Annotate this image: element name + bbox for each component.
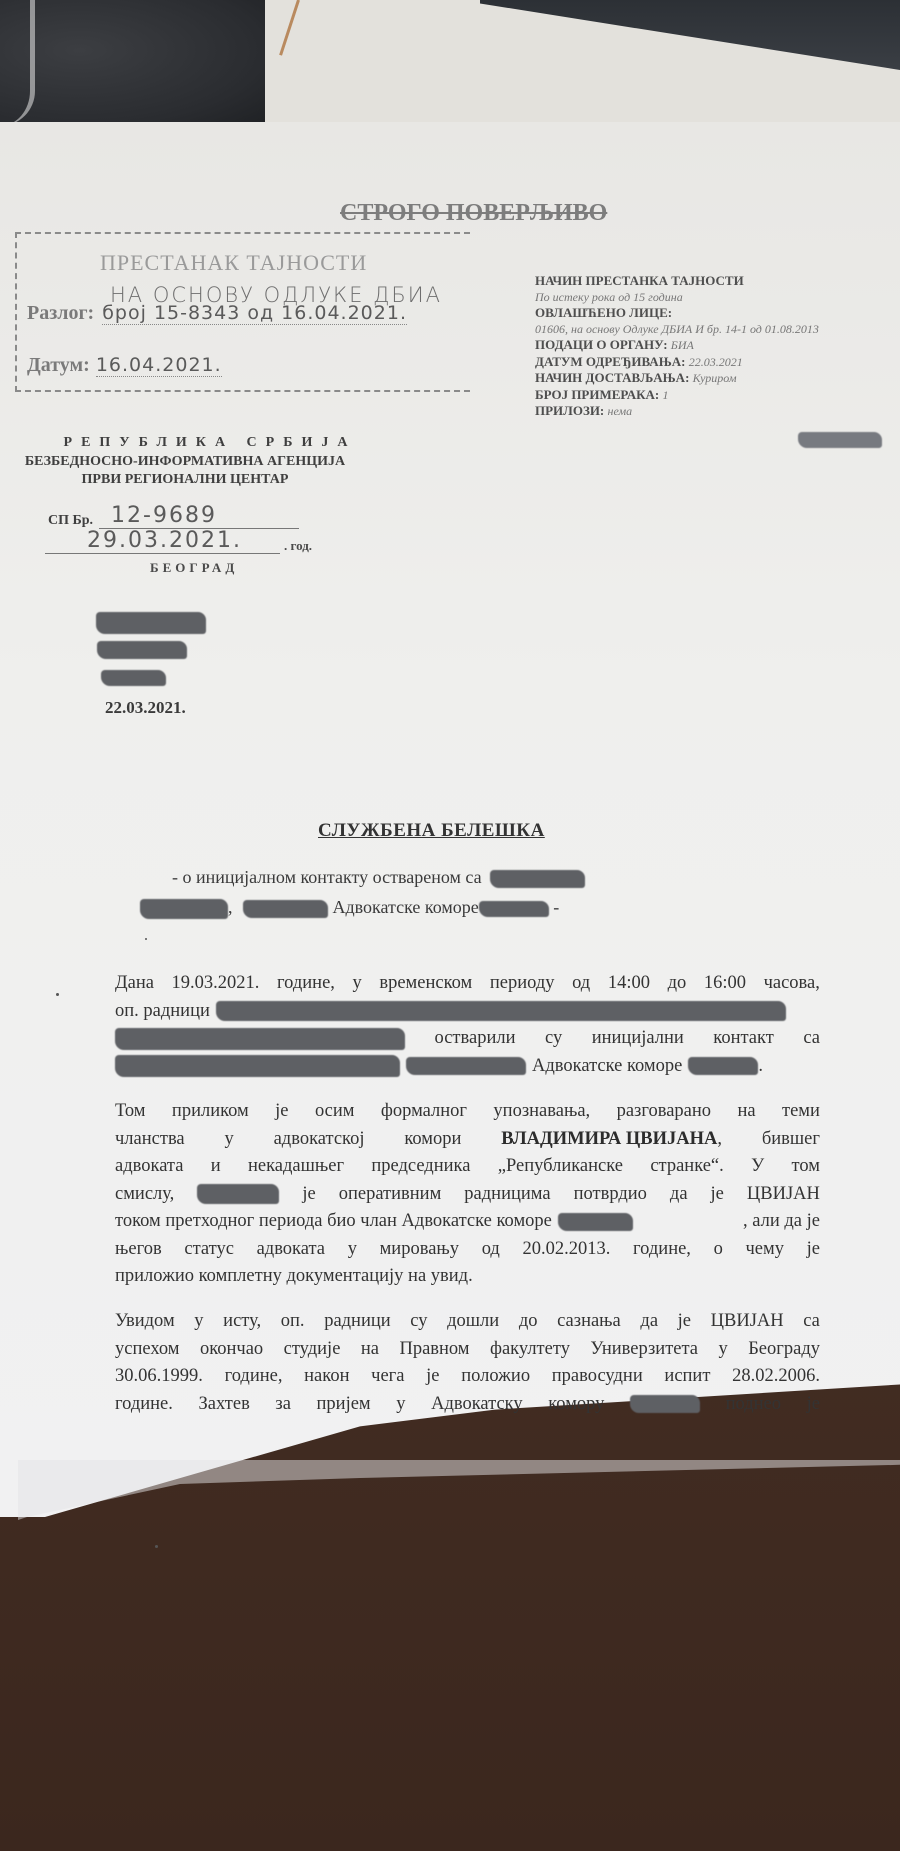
paragraph-word: у	[348, 1236, 357, 1264]
paragraph-word: 30.06.1999.	[115, 1363, 203, 1391]
redaction	[115, 1055, 400, 1077]
paragraph-word: статус	[184, 1236, 234, 1264]
paragraph-line: адвокатаинекадашњегпредседника„Република…	[115, 1153, 820, 1181]
paper-speck	[145, 938, 147, 940]
paragraph-word: мировању	[380, 1236, 459, 1264]
info-label: БРОЈ ПРИМЕРАКА:	[535, 387, 659, 402]
paragraph-word: је	[678, 1308, 691, 1336]
paragraph-word: Београду	[748, 1336, 820, 1364]
paragraph-word: чега	[371, 1363, 404, 1391]
paragraph-line: смислу,јеоперативнимрадницимапотврдиодај…	[115, 1181, 820, 1209]
paragraph-text: оп. радници	[115, 998, 210, 1026]
info-value-row: 01606, на основу Одлуке ДБИА И бр. 14-1 …	[535, 321, 865, 338]
stamp-date-value: 16.04.2021.	[96, 354, 222, 377]
info-value: БИА	[671, 338, 694, 352]
redaction	[558, 1213, 633, 1231]
paragraph-word: Увидом	[115, 1308, 175, 1336]
paragraph-line: током претходног периода био члан Адвока…	[115, 1208, 820, 1236]
document-title: СЛУЖБЕНА БЕЛЕШКА	[318, 820, 545, 842]
paragraph-word: приликом	[172, 1098, 249, 1126]
paragraph-word: правосудни	[552, 1363, 643, 1391]
paragraph-word: 19.03.2021.	[172, 970, 260, 998]
redaction	[243, 900, 328, 918]
paragraph-word: на	[737, 1098, 755, 1126]
paragraph-word: до	[519, 1308, 538, 1336]
paragraph-word: 14:00	[608, 970, 650, 998]
info-value: 22.03.2021	[689, 355, 743, 369]
paragraph-word: временском	[379, 970, 472, 998]
paragraph-word: теми	[782, 1098, 820, 1126]
paragraph-line: Томприликомјеосимформалногупознавања,раз…	[115, 1098, 820, 1126]
paragraph-line: године.ЗахтевзапријемуАдвокатскукоморупо…	[115, 1391, 820, 1419]
stamp-reason-value: број 15-8343 од 16.04.2021.	[102, 302, 407, 325]
paragraph-word: је	[807, 1391, 820, 1419]
paragraph-word: студије	[284, 1336, 341, 1364]
paragraph-word: Дана	[115, 970, 154, 998]
info-row: ПОДАЦИ О ОРГАНУ: БИА	[535, 337, 865, 354]
paragraph-word: чему	[746, 1236, 784, 1264]
paragraph-text: током претходног периода био члан Адвока…	[115, 1208, 552, 1236]
info-value: 1	[663, 388, 669, 402]
paragraph-word: су	[545, 1025, 562, 1053]
paragraph-word: Правном	[399, 1336, 469, 1364]
paragraph-word: у	[194, 1308, 203, 1336]
paragraph-word: ЦВИЈАН	[747, 1181, 820, 1209]
paragraph-word: у	[396, 1391, 405, 1419]
redaction	[115, 1028, 405, 1050]
paragraph-word: са	[803, 1025, 820, 1053]
paragraph-word: „Републиканске	[498, 1153, 623, 1181]
paragraph-word: од	[482, 1236, 500, 1264]
paragraph-word: факултету	[490, 1336, 570, 1364]
paragraph-word: од	[572, 970, 590, 998]
paragraph-word: је	[302, 1181, 315, 1209]
document-page-edge	[0, 1460, 900, 1520]
redaction	[97, 641, 187, 659]
paragraph-word: Адвокатску	[431, 1391, 523, 1419]
paragraph-word: оп.	[281, 1308, 305, 1336]
paragraph-word: исту,	[223, 1308, 261, 1336]
info-value: Куриром	[693, 371, 737, 385]
paragraph-word: ЦВИЈАН	[711, 1308, 784, 1336]
paragraph-line: успехомокончаостудијенаПравномфакултетуУ…	[115, 1336, 820, 1364]
paragraph-word: иницијални	[592, 1025, 684, 1053]
paragraph-word: до	[668, 970, 687, 998]
info-label: ПРИЛОЗИ:	[535, 403, 604, 418]
paragraph-word: је	[275, 1098, 288, 1126]
paragraph-word: је	[807, 1236, 820, 1264]
paragraph-3: Увидомуисту,оп.радницисудошлидосазнањада…	[115, 1308, 820, 1418]
redaction	[101, 670, 166, 686]
paragraph-word: да	[670, 1181, 688, 1209]
reference-number-label: СП Бр.	[48, 513, 93, 529]
paragraph-line: оп. радници	[115, 998, 820, 1026]
info-value: 01606, на основу Одлуке ДБИА И бр. 14-1 …	[535, 322, 819, 336]
paragraph-word: за	[275, 1391, 291, 1419]
paragraph-word: његов	[115, 1236, 162, 1264]
info-value: нема	[608, 404, 633, 418]
classification-struck: СТРОГО ПОВЕРЉИВО	[340, 200, 607, 227]
info-label: ПОДАЦИ О ОРГАНУ:	[535, 337, 668, 352]
paragraph-word: је	[426, 1363, 439, 1391]
redaction	[490, 870, 585, 888]
stamp-title: ПРЕСТАНАК ТАЈНОСТИ	[100, 250, 367, 276]
letterhead-city: БЕОГРАД	[150, 560, 238, 576]
stamp-date-row: Датум: 16.04.2021.	[27, 354, 222, 377]
declassification-info: НАЧИН ПРЕСТАНКА ТАЈНОСТИПо истеку рока о…	[535, 273, 865, 420]
paragraph-word: са	[803, 1308, 820, 1336]
paragraph-word: на	[361, 1336, 379, 1364]
info-row: ОВЛАШЋЕНО ЛИЦЕ:	[535, 305, 865, 321]
info-row: БРОЈ ПРИМЕРАКА: 1	[535, 387, 865, 404]
paragraph-line: његовстатусадвокатаумировањуод20.02.2013…	[115, 1236, 820, 1264]
paragraph-line: Увидомуисту,оп.радницисудошлидосазнањада…	[115, 1308, 820, 1336]
paragraph-word: положио	[461, 1363, 530, 1391]
paragraph-word: упознавања,	[493, 1098, 590, 1126]
paragraph-word: формалног	[381, 1098, 467, 1126]
subtitle-separator: ,	[228, 897, 233, 917]
redaction	[216, 1001, 786, 1021]
stamp-date-label: Датум:	[27, 354, 90, 377]
paragraph-word: комору	[548, 1391, 604, 1419]
reference-number-row: СП Бр. 12-9689	[48, 503, 299, 529]
paragraph-word: године,	[277, 970, 335, 998]
paragraph-text: Адвокатске коморе	[532, 1053, 682, 1081]
redaction	[479, 901, 549, 917]
info-label: ДАТУМ ОДРЕЂИВАЊА:	[535, 354, 685, 369]
paragraph-word: контакт	[713, 1025, 774, 1053]
paragraph-word: некадашњег	[248, 1153, 344, 1181]
paragraph-line: 30.06.1999.године,накончегајеположиоправ…	[115, 1363, 820, 1391]
paragraph-word: 28.02.2006.	[732, 1363, 820, 1391]
paper-speck	[56, 993, 59, 996]
paragraph-word: ВЛАДИМИРА ЦВИЈАНА,	[501, 1126, 722, 1154]
paragraph-word: поднео	[726, 1391, 781, 1419]
paragraph-word: остварили	[435, 1025, 516, 1053]
redaction	[406, 1057, 526, 1075]
paragraph-word: дошли	[447, 1308, 499, 1336]
paragraph-word: окончао	[200, 1336, 263, 1364]
paragraph-line: Адвокатске коморе .	[115, 1053, 820, 1081]
paragraph-word: осим	[315, 1098, 355, 1126]
letterhead-agency: БЕЗБЕДНОСНО-ИНФОРМАТИВНА АГЕНЦИЈА	[0, 454, 370, 470]
paragraph-word: председника	[371, 1153, 470, 1181]
paragraph-word: чланства	[115, 1126, 185, 1154]
info-row: ПРИЛОЗИ: нема	[535, 403, 865, 420]
background-dark-object	[0, 0, 265, 126]
info-row: НАЧИН ПРЕСТАНКА ТАЈНОСТИ	[535, 273, 865, 289]
subtitle-end: -	[553, 897, 559, 917]
paragraph-word: Захтев	[199, 1391, 250, 1419]
paragraph-word: радници	[324, 1308, 390, 1336]
paragraph-word: смислу,	[115, 1181, 174, 1209]
document-date: 22.03.2021.	[105, 698, 186, 718]
paragraph-word: Том	[115, 1098, 146, 1126]
paragraph-word: у	[353, 970, 362, 998]
letterhead-date-suffix: . год.	[284, 538, 312, 554]
subtitle-text: - о иницијалном контакту оствареном са	[172, 867, 482, 887]
paragraph-word: да	[640, 1308, 658, 1336]
info-row: НАЧИН ДОСТАВЉАЊА: Куриром	[535, 370, 865, 387]
paragraph-word: пријем	[317, 1391, 371, 1419]
paragraph-text: .	[758, 1053, 763, 1081]
paragraph-word: испит	[664, 1363, 710, 1391]
paragraph-word: о	[714, 1236, 723, 1264]
paragraph-word: у	[225, 1126, 234, 1154]
paragraph-word: године,	[633, 1236, 691, 1264]
info-label: ОВЛАШЋЕНО ЛИЦЕ:	[535, 305, 672, 320]
paragraph-word: успехом	[115, 1336, 179, 1364]
paragraph-word: странке“.	[650, 1153, 723, 1181]
info-label: НАЧИН ДОСТАВЉАЊА:	[535, 370, 689, 385]
person-name: ВЛАДИМИРА ЦВИЈАНА	[501, 1129, 717, 1149]
paragraph-word: 16:00	[704, 970, 746, 998]
info-label: НАЧИН ПРЕСТАНКА ТАЈНОСТИ	[535, 273, 744, 288]
paragraph-2: Томприликомјеосимформалногупознавања,раз…	[115, 1098, 820, 1291]
paragraph-text: приложио комплетну документацију на увид…	[115, 1263, 473, 1291]
paragraph-line: остварилисуиницијалниконтактса	[115, 1025, 820, 1053]
subtitle-bar-text: Адвокатске коморе	[333, 897, 479, 917]
paragraph-word: у	[718, 1336, 727, 1364]
paragraph-word: том	[792, 1153, 820, 1181]
letterhead-country: РЕПУБЛИКА СРБИЈА	[0, 435, 370, 451]
redaction	[798, 432, 882, 448]
paragraph-1: Дана19.03.2021.године,увременскомпериоду…	[115, 970, 820, 1080]
paragraph-word: након	[304, 1363, 349, 1391]
paragraph-word: адвокатској	[274, 1126, 365, 1154]
paragraph-word: потврдио	[574, 1181, 647, 1209]
paragraph-word: Универзитета	[590, 1336, 698, 1364]
letterhead-date-value: 29.03.2021.	[45, 528, 280, 554]
info-row: ДАТУМ ОДРЕЂИВАЊА: 22.03.2021	[535, 354, 865, 371]
paragraph-word: У	[751, 1153, 764, 1181]
paragraph-word: бившег	[762, 1126, 820, 1154]
paragraph-word: 20.02.2013.	[523, 1236, 611, 1264]
paragraph-word: адвоката	[257, 1236, 325, 1264]
letterhead-center: ПРВИ РЕГИОНАЛНИ ЦЕНТАР	[0, 472, 370, 488]
paragraph-word: разговарано	[617, 1098, 711, 1126]
redaction	[197, 1184, 279, 1204]
paragraph-word: комори	[404, 1126, 461, 1154]
redaction	[688, 1057, 758, 1075]
paragraph-word: адвоката	[115, 1153, 183, 1181]
redaction	[96, 612, 206, 634]
paragraph-word: сазнања	[557, 1308, 621, 1336]
letterhead-date-row: 29.03.2021. . год.	[45, 528, 312, 554]
paragraph-word: периоду	[490, 970, 555, 998]
letterhead: РЕПУБЛИКА СРБИЈА БЕЗБЕДНОСНО-ИНФОРМАТИВН…	[0, 435, 370, 488]
redaction	[630, 1395, 700, 1413]
paragraph-text: , али да је	[743, 1208, 820, 1236]
paragraph-word: године,	[225, 1363, 283, 1391]
paragraph-word: су	[410, 1308, 427, 1336]
paragraph-line: Дана19.03.2021.године,увременскомпериоду…	[115, 970, 820, 998]
subtitle-line-1: - о иницијалном контакту оствареном са	[172, 867, 585, 888]
stamp-reason-label: Разлог:	[27, 302, 94, 325]
stamp-reason-row: Разлог: број 15-8343 од 16.04.2021.	[27, 302, 407, 325]
info-value: По истеку рока од 15 година	[535, 290, 683, 304]
subtitle-line-2: , Адвокатске коморе -	[140, 897, 559, 919]
paragraph-word: је	[711, 1181, 724, 1209]
paragraph-word: радницима	[464, 1181, 550, 1209]
paragraph-word: часова,	[764, 970, 820, 998]
paragraph-word: године.	[115, 1391, 173, 1419]
paragraph-line: чланствауадвокатскојкомориВЛАДИМИРА ЦВИЈ…	[115, 1126, 820, 1154]
paper-speck	[155, 1545, 158, 1548]
paragraph-line: приложио комплетну документацију на увид…	[115, 1263, 820, 1291]
info-value-row: По истеку рока од 15 година	[535, 289, 865, 306]
redaction	[140, 899, 228, 919]
paragraph-word: и	[211, 1153, 221, 1181]
reference-number-value: 12-9689	[99, 503, 299, 529]
paragraph-word: оперативним	[339, 1181, 442, 1209]
